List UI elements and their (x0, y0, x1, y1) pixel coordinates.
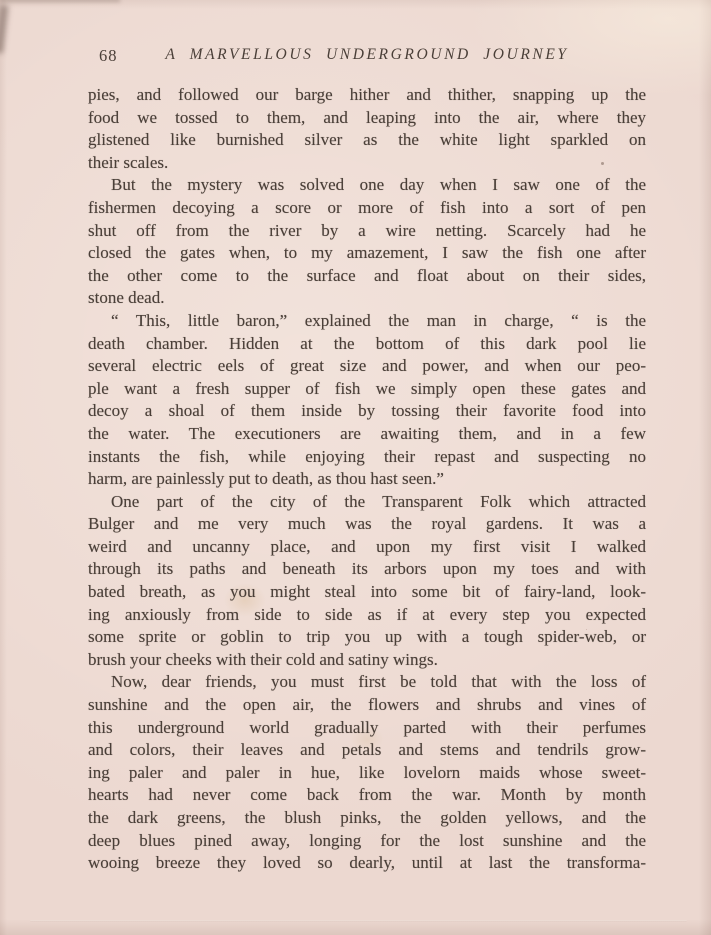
text-line: But the mystery was solved one day when … (88, 174, 646, 197)
paragraph: Now, dear friends, you must first be tol… (88, 671, 646, 874)
page-corner-shadow (0, 5, 9, 54)
text-line: decoy a shoal of them inside by tossing … (88, 400, 646, 423)
paragraph: pies, and followed our barge hither and … (88, 84, 646, 174)
page-bottom-curl (30, 920, 687, 922)
page-body: pies, and followed our barge hither and … (88, 84, 646, 875)
text-line: hearts had never come back from the war.… (88, 784, 646, 807)
text-line: this underground world gradually parted … (88, 717, 646, 740)
text-line: their scales. (88, 152, 646, 175)
text-line: glistened like burnished silver as the w… (88, 129, 646, 152)
text-line: Now, dear friends, you must first be tol… (88, 671, 646, 694)
page-number: 68 (99, 46, 118, 66)
text-line: brush your cheeks with their cold and sa… (88, 649, 646, 672)
text-line: and colors, their leaves and petals and … (88, 739, 646, 762)
text-line: instants the fish, while enjoying their … (88, 446, 646, 469)
text-line: shut off from the river by a wire nettin… (88, 220, 646, 243)
text-line: some sprite or goblin to trip you up wit… (88, 626, 646, 649)
text-line: the water. The executioners are awaiting… (88, 423, 646, 446)
running-title: A MARVELLOUS UNDERGROUND JOURNEY (88, 46, 646, 64)
text-line: One part of the city of the Transparent … (88, 491, 646, 514)
text-line: closed the gates when, to my amazement, … (88, 242, 646, 265)
text-line: ple want a fresh supper of fish we simpl… (88, 378, 646, 401)
text-line: deep blues pined away, longing for the l… (88, 830, 646, 853)
text-line: wooing breeze they loved so dearly, unti… (88, 852, 646, 875)
text-line: sunshine and the open air, the flowers a… (88, 694, 646, 717)
page-header: 68 A MARVELLOUS UNDERGROUND JOURNEY (88, 46, 646, 66)
text-line: pies, and followed our barge hither and … (88, 84, 646, 107)
text-line: food we tossed to them, and leaping into… (88, 107, 646, 130)
text-line: death chamber. Hidden at the bottom of t… (88, 333, 646, 356)
page-top-edge-shadow (0, 0, 120, 2)
text-line: Bulger and me very much was the royal ga… (88, 513, 646, 536)
paragraph: But the mystery was solved one day when … (88, 174, 646, 310)
text-line: weird and uncanny place, and upon my fir… (88, 536, 646, 559)
text-line: fishermen decoying a score or more of fi… (88, 197, 646, 220)
text-line: stone dead. (88, 287, 646, 310)
text-line: the dark greens, the blush pinks, the go… (88, 807, 646, 830)
text-line: ing anxiously from side to side as if at… (88, 604, 646, 627)
paragraph: One part of the city of the Transparent … (88, 491, 646, 672)
paragraph: “ This, little baron,” explained the man… (88, 310, 646, 491)
book-page: 68 A MARVELLOUS UNDERGROUND JOURNEY pies… (0, 0, 711, 935)
text-line: ing paler and paler in hue, like lovelor… (88, 762, 646, 785)
text-line: the other come to the surface and float … (88, 265, 646, 288)
text-line: several electric eels of great size and … (88, 355, 646, 378)
text-line: through its paths and beneath its arbors… (88, 558, 646, 581)
text-line: bated breath, as you might steal into so… (88, 581, 646, 604)
text-line: harm, are painlessly put to death, as th… (88, 468, 646, 491)
text-line: “ This, little baron,” explained the man… (88, 310, 646, 333)
